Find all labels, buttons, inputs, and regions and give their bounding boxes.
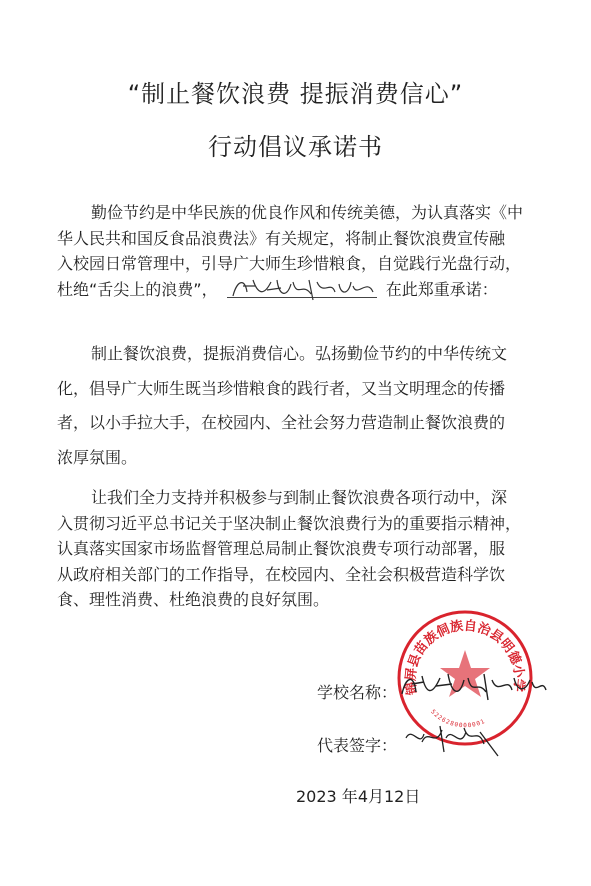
- paragraph-line-start: 杜绝“舌尖上的浪费”，: [57, 280, 218, 299]
- paragraph-line: 勤俭节约是中华民族的优良作风和传统美德，为认真落实《中: [91, 203, 523, 222]
- paragraph-line: 入贯彻习近平总书记关于坚决制止餐饮浪费行为的重要指示精神，: [57, 511, 527, 537]
- paragraph-line: 从政府相关部门的工作指导，在校园内、全社会积极营造科学饮: [57, 562, 527, 588]
- paragraph-line: 制止餐饮浪费，提振消费信心。弘扬勤俭节约的中华传统文: [91, 344, 507, 363]
- school-name-row: 学校名称：: [317, 680, 397, 703]
- date-month: 4月: [358, 787, 384, 806]
- handwriting-scribble-icon: [227, 272, 377, 304]
- paragraph-line: 化，倡导广大师生既当珍惜粮食的践行者，又当文明理念的传播: [57, 372, 527, 407]
- paragraph-intro: 勤俭节约是中华民族的优良作风和传统美德，为认真落实《中 华人民共和国反食品浪费法…: [57, 200, 527, 302]
- paragraph-line: 认真落实国家市场监督管理总局制止餐饮浪费专项行动部署，服: [57, 536, 527, 562]
- paragraph-commitment: 制止餐饮浪费，提振消费信心。弘扬勤俭节约的中华传统文 化，倡导广大师生既当珍惜粮…: [57, 337, 527, 475]
- school-name-label: 学校名称：: [317, 683, 397, 702]
- paragraph-line: 者，以小手拉大手，在校园内、全社会努力营造制止餐饮浪费的: [57, 406, 527, 441]
- date-line: 2023 年4月12日: [296, 784, 420, 807]
- representative-signature-icon: [402, 718, 502, 758]
- document-title-line2: 行动倡议承诺书: [0, 127, 591, 162]
- representative-signature-row: 代表签字：: [317, 733, 397, 756]
- handwritten-school-name-inline: [227, 278, 377, 302]
- school-name-handwriting-icon: [398, 668, 548, 704]
- paragraph-line: 让我们全力支持并积极参与到制止餐饮浪费各项行动中，深: [91, 488, 507, 507]
- representative-label: 代表签字：: [317, 736, 397, 755]
- date-day: 12日: [384, 787, 420, 806]
- paragraph-line-end: 在此郑重承诺：: [386, 280, 498, 299]
- document-title-line1: “制止餐饮浪费 提振消费信心”: [0, 74, 591, 109]
- date-year: 2023 年: [296, 787, 358, 806]
- paragraph-call-to-action: 让我们全力支持并积极参与到制止餐饮浪费各项行动中，深 入贯彻习近平总书记关于坚决…: [57, 485, 527, 613]
- paragraph-line: 浓厚氛围。: [57, 441, 527, 476]
- paragraph-line: 华人民共和国反食品浪费法》有关规定，将制止餐饮浪费宣传融: [57, 226, 527, 252]
